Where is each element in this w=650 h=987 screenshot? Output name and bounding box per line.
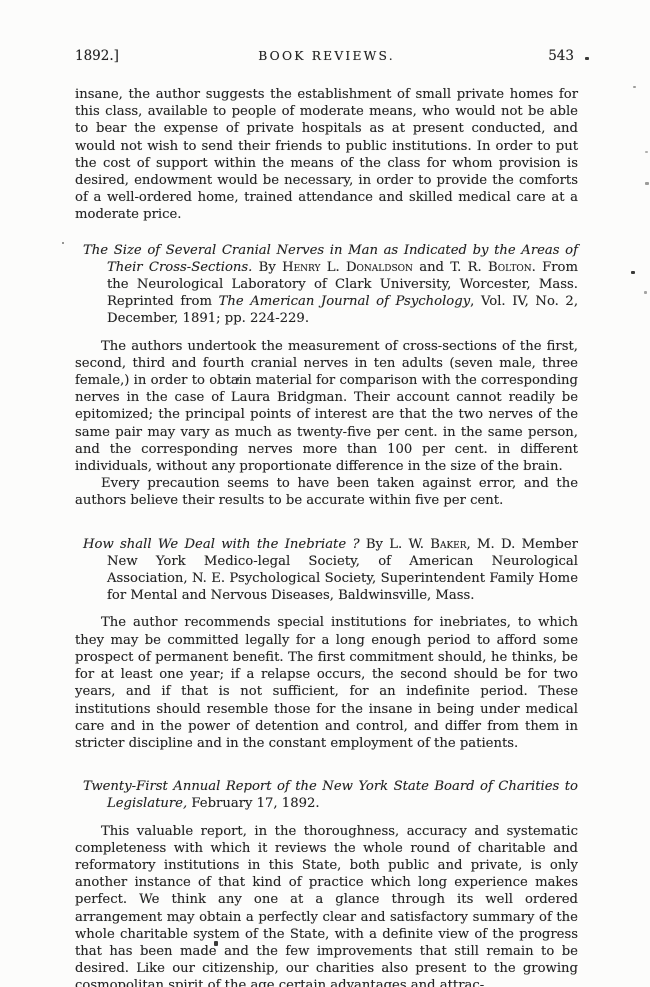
scan-speck bbox=[644, 291, 647, 294]
scan-speck bbox=[631, 271, 635, 274]
scan-speck bbox=[62, 242, 64, 244]
header-title: BOOK REVIEWS. bbox=[258, 49, 395, 63]
scan-speck bbox=[633, 86, 636, 88]
scan-speck bbox=[178, 920, 180, 922]
text-block: 1892.] BOOK REVIEWS. 543 insane, the aut… bbox=[75, 48, 578, 987]
scan-speck bbox=[645, 182, 649, 185]
citation-author: Henry L. Donaldson bbox=[282, 260, 413, 275]
running-header: 1892.] BOOK REVIEWS. 543 bbox=[75, 48, 578, 66]
citation-title: Twenty-First Annual Report of the New Yo… bbox=[83, 779, 578, 811]
citation-journal: The American Journal of Psychology bbox=[219, 294, 471, 309]
review-body-paragraph: Every precaution seems to have been take… bbox=[75, 475, 578, 509]
header-year: 1892.] bbox=[75, 48, 119, 64]
review-body-paragraph: The authors undertook the measurement of… bbox=[75, 338, 578, 476]
scan-speck bbox=[237, 377, 239, 381]
review-citation-charities-report: Twenty-First Annual Report of the New Yo… bbox=[107, 778, 578, 812]
review-citation-inebriate: How shall We Deal with the Inebriate ? B… bbox=[107, 536, 578, 605]
review-citation-cranial-nerves: The Size of Several Cranial Nerves in Ma… bbox=[107, 242, 578, 328]
citation-by: By bbox=[252, 260, 282, 275]
citation-conjunction: and bbox=[413, 260, 450, 275]
citation-title: How shall We Deal with the Inebriate ? bbox=[83, 537, 360, 552]
scan-speck bbox=[585, 57, 589, 60]
scan-speck bbox=[645, 151, 648, 153]
scan-speck bbox=[214, 941, 218, 946]
citation-rest: February 17, 1892. bbox=[187, 796, 319, 811]
review-body-paragraph: This valuable report, in the thoroughnes… bbox=[75, 823, 578, 987]
continuation-paragraph: insane, the author suggests the establis… bbox=[75, 86, 578, 224]
citation-author: Baker bbox=[430, 537, 466, 552]
header-page-number: 543 bbox=[548, 48, 574, 64]
citation-by: By L. W. bbox=[360, 537, 431, 552]
scanned-book-page: 1892.] BOOK REVIEWS. 543 insane, the aut… bbox=[0, 0, 650, 987]
citation-author: T. R. Bolton. bbox=[450, 260, 536, 275]
review-body-paragraph: The author recommends special institutio… bbox=[75, 614, 578, 752]
